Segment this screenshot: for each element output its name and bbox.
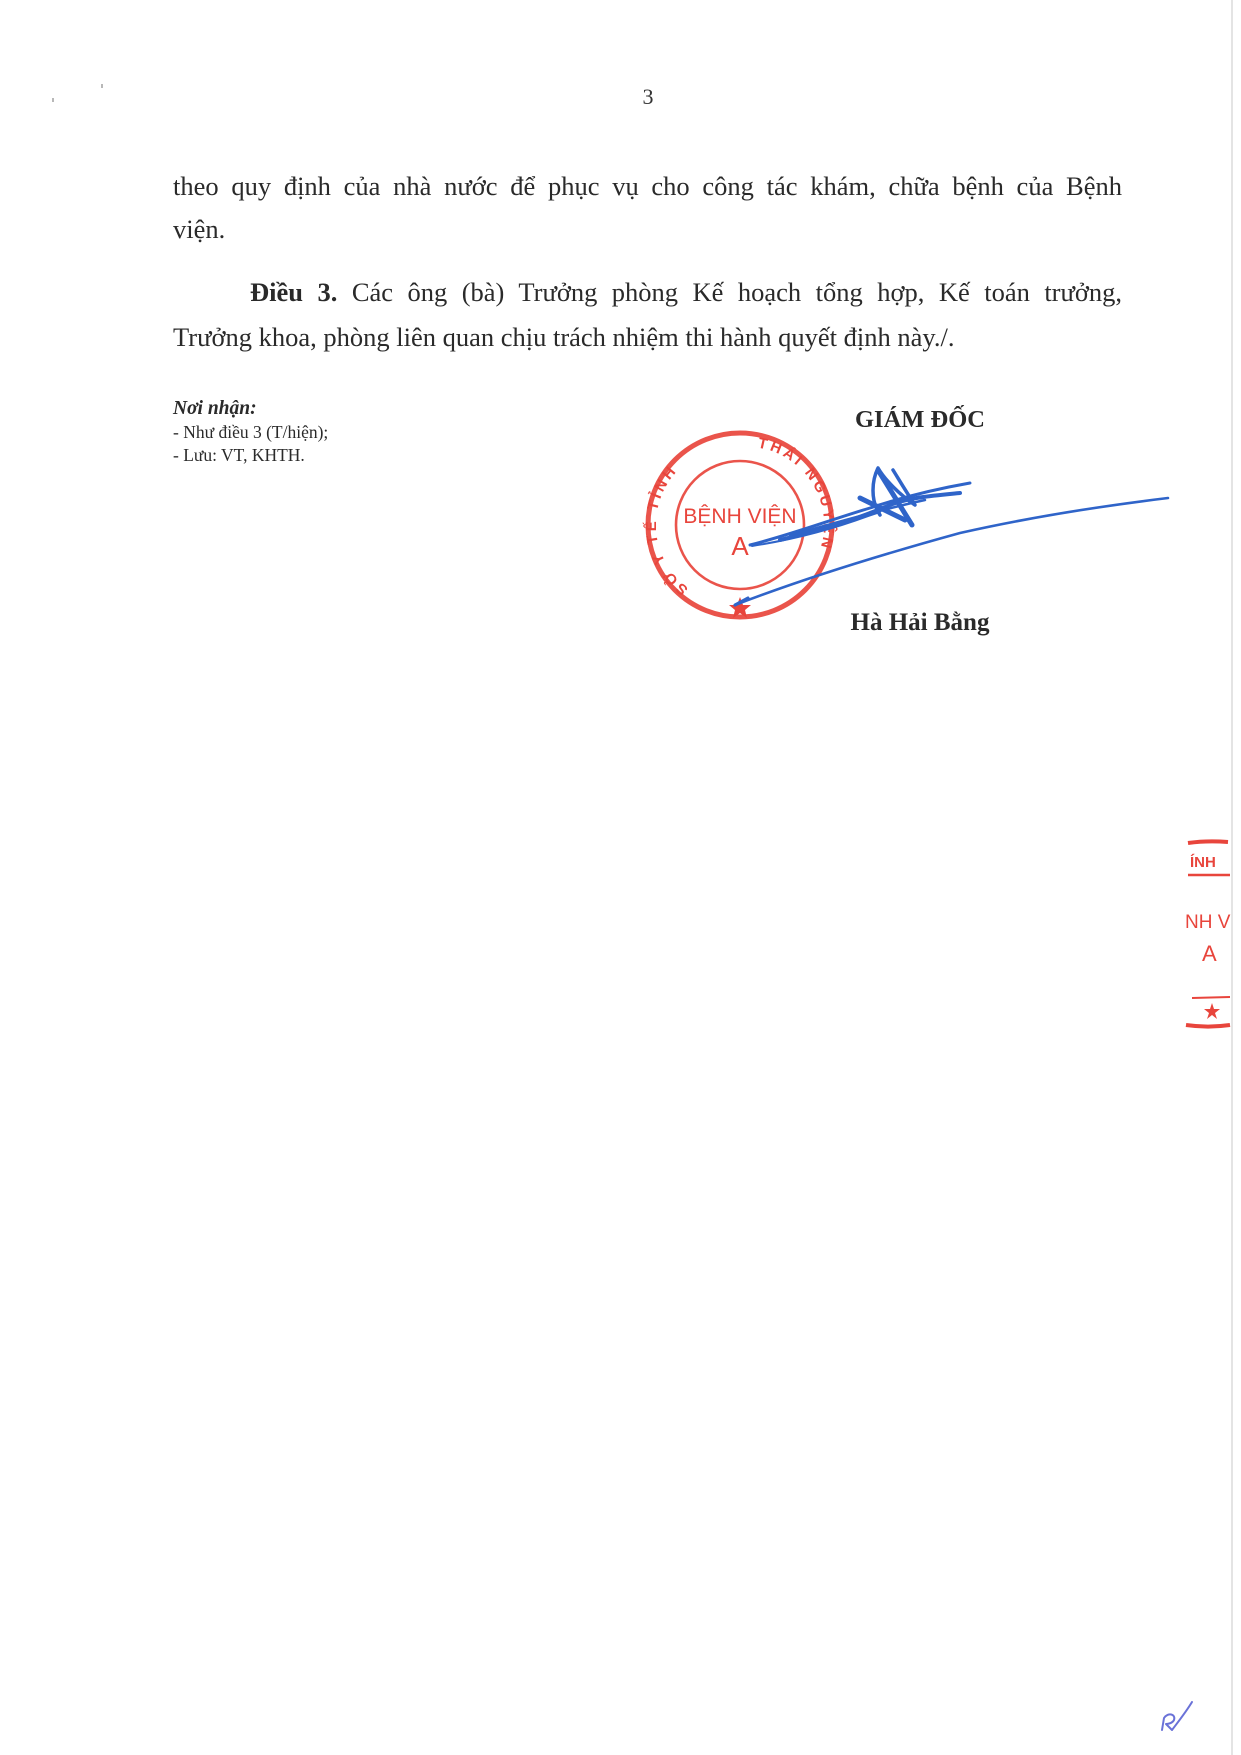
article-3-line-1: Điều 3. Các ông (bà) Trưởng phòng Kế hoạ… bbox=[250, 276, 1122, 308]
scan-speck bbox=[101, 84, 103, 88]
svg-text:NH V: NH V bbox=[1185, 912, 1231, 933]
article-3-text: Các ông (bà) Trưởng phòng Kế hoạch tổng … bbox=[337, 277, 1122, 307]
scan-speck bbox=[52, 98, 54, 102]
partial-stamp-fragment: ÍNH NH V A bbox=[1180, 835, 1232, 1045]
body-line-1: theo quy định của nhà nước để phục vụ ch… bbox=[173, 170, 1122, 202]
svg-text:SỞ Y TẾ TỈNH: SỞ Y TẾ TỈNH bbox=[643, 462, 691, 599]
initial-checkmark bbox=[1150, 1690, 1200, 1740]
recipients-title: Nơi nhận: bbox=[173, 397, 573, 421]
stamp-organization: BỆNH VIỆN bbox=[683, 505, 796, 528]
recipients-block: Nơi nhận: - Như điều 3 (T/hiện); - Lưu: … bbox=[173, 397, 573, 467]
svg-text:ÍNH: ÍNH bbox=[1190, 854, 1216, 871]
stamp-unit: A bbox=[731, 531, 749, 561]
article-3-label: Điều 3. bbox=[250, 277, 337, 307]
article-3-line-2: Trưởng khoa, phòng liên quan chịu trách … bbox=[173, 321, 1122, 353]
official-stamp: SỞ Y TẾ TỈNH THÁI NGUYÊN BỆNH VIỆN A bbox=[640, 425, 840, 625]
recipient-item: - Như điều 3 (T/hiện); bbox=[173, 421, 573, 444]
recipient-item: - Lưu: VT, KHTH. bbox=[173, 444, 573, 467]
signer-name: Hà Hải Bằng bbox=[800, 607, 1040, 639]
svg-text:A: A bbox=[1202, 941, 1217, 966]
body-line-2: viện. bbox=[173, 213, 1122, 245]
page-number: 3 bbox=[628, 84, 668, 110]
